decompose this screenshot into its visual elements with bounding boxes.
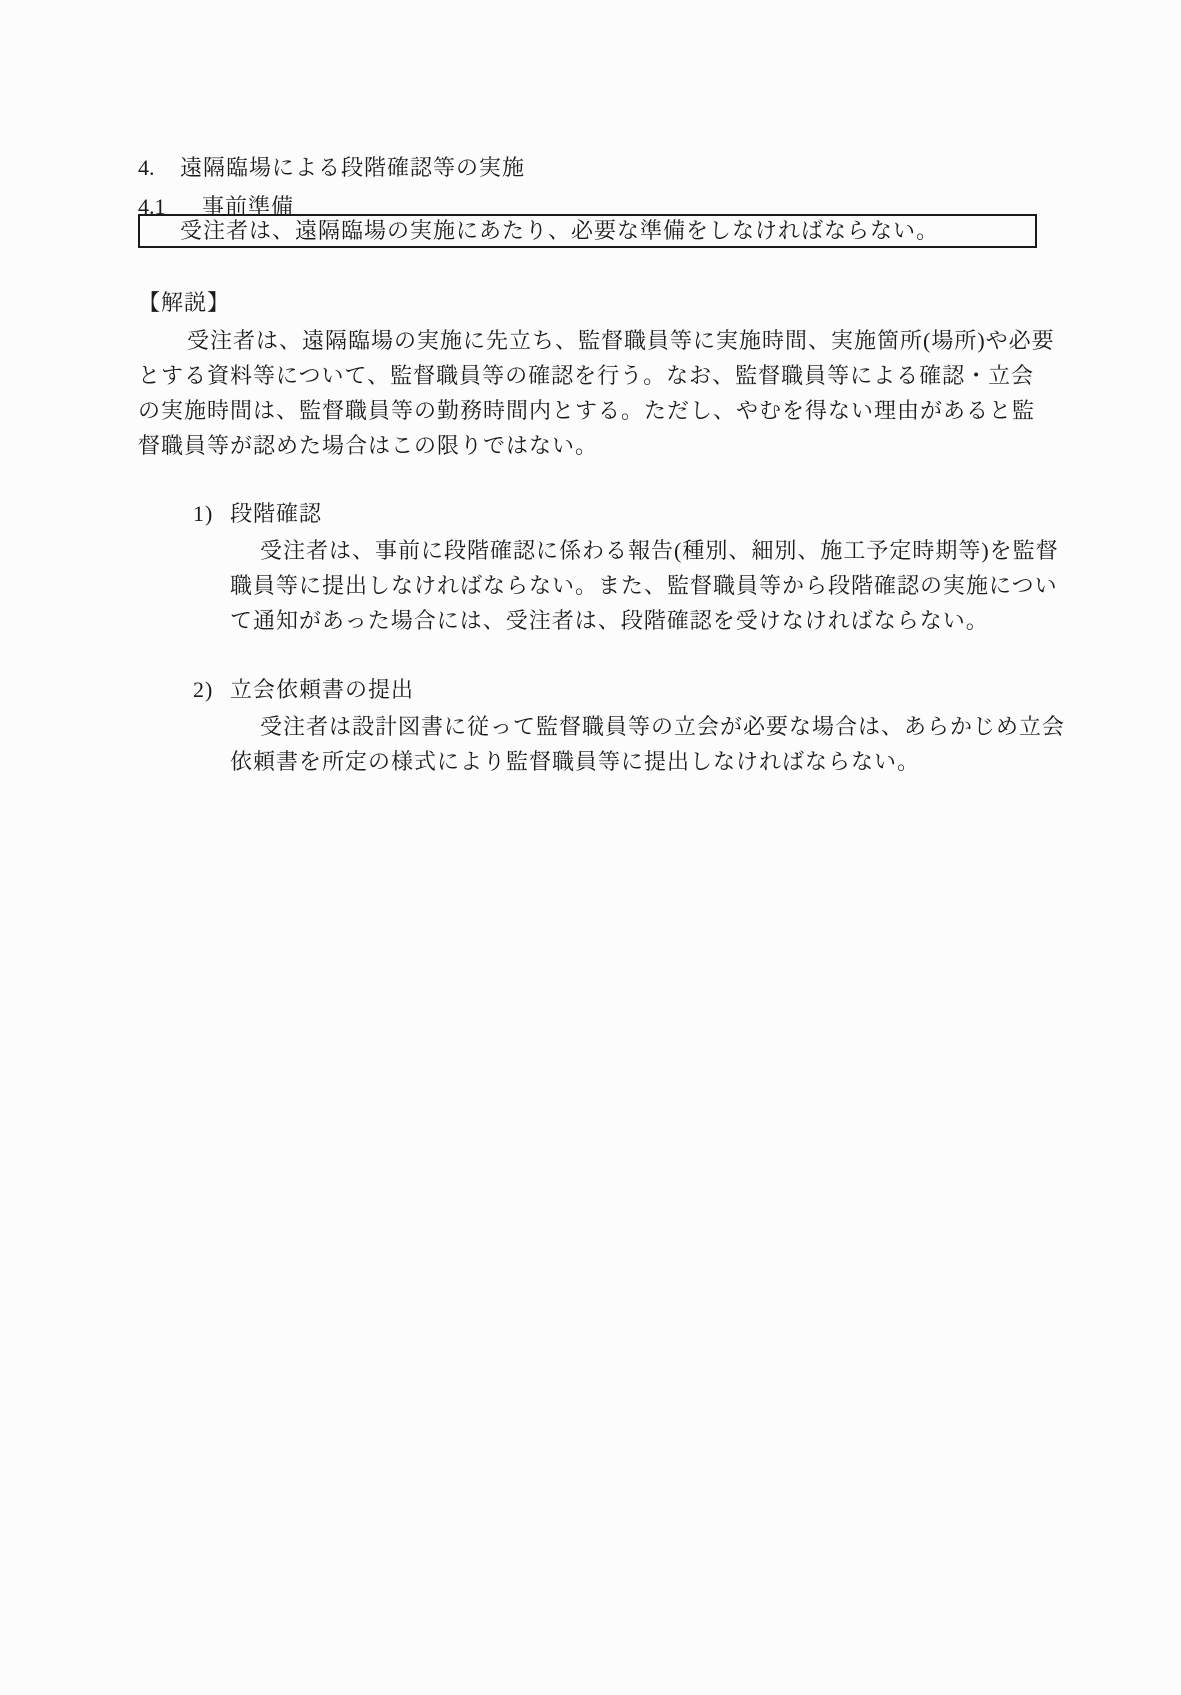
commentary-label: 【解説】 xyxy=(138,286,230,317)
text-line: て通知があった場合には、受注者は、段階確認を受けなければならない。 xyxy=(230,603,1059,638)
text-line: 職員等に提出しなければならない。また、監督職員等から段階確認の実施につい xyxy=(230,568,1059,603)
section-title: 遠隔臨場による段階確認等の実施 xyxy=(180,155,525,180)
section-heading: 4.遠隔臨場による段階確認等の実施 xyxy=(138,151,525,182)
list-item-1-number: 1) xyxy=(193,501,230,527)
text-line: 受注者は、遠隔臨場の実施に先立ち、監督職員等に実施時間、実施箇所(場所)や必要 xyxy=(138,323,1055,358)
provision-box: 受注者は、遠隔臨場の実施にあたり、必要な準備をしなければならない。 xyxy=(138,214,1037,248)
list-item-1-body: 受注者は、事前に段階確認に係わる報告(種別、細別、施工予定時期等)を監督職員等に… xyxy=(230,533,1059,638)
list-item-2-title: 立会依頼書の提出 xyxy=(230,677,414,702)
text-line: とする資料等について、監督職員等の確認を行う。なお、監督職員等による確認・立会 xyxy=(138,358,1055,393)
text-line: 受注者は、事前に段階確認に係わる報告(種別、細別、施工予定時期等)を監督 xyxy=(230,533,1059,568)
list-item-2-heading: 2)立会依頼書の提出 xyxy=(193,673,414,704)
section-number: 4. xyxy=(138,155,180,181)
commentary-paragraph: 受注者は、遠隔臨場の実施に先立ち、監督職員等に実施時間、実施箇所(場所)や必要と… xyxy=(138,323,1055,463)
list-item-1-heading: 1)段階確認 xyxy=(193,497,322,528)
text-line: 依頼書を所定の様式により監督職員等に提出しなければならない。 xyxy=(230,744,1065,779)
document-page: 4.遠隔臨場による段階確認等の実施 4.1事前準備 受注者は、遠隔臨場の実施にあ… xyxy=(0,0,1181,1695)
text-line: 受注者は設計図書に従って監督職員等の立会が必要な場合は、あらかじめ立会 xyxy=(230,709,1065,744)
list-item-1-title: 段階確認 xyxy=(230,501,322,526)
text-line: の実施時間は、監督職員等の勤務時間内とする。ただし、やむを得ない理由があると監 xyxy=(138,393,1055,428)
list-item-2-number: 2) xyxy=(193,677,230,703)
list-item-2-body: 受注者は設計図書に従って監督職員等の立会が必要な場合は、あらかじめ立会依頼書を所… xyxy=(230,709,1065,779)
provision-text: 受注者は、遠隔臨場の実施にあたり、必要な準備をしなければならない。 xyxy=(140,216,1035,246)
text-line: 督職員等が認めた場合はこの限りではない。 xyxy=(138,428,1055,463)
